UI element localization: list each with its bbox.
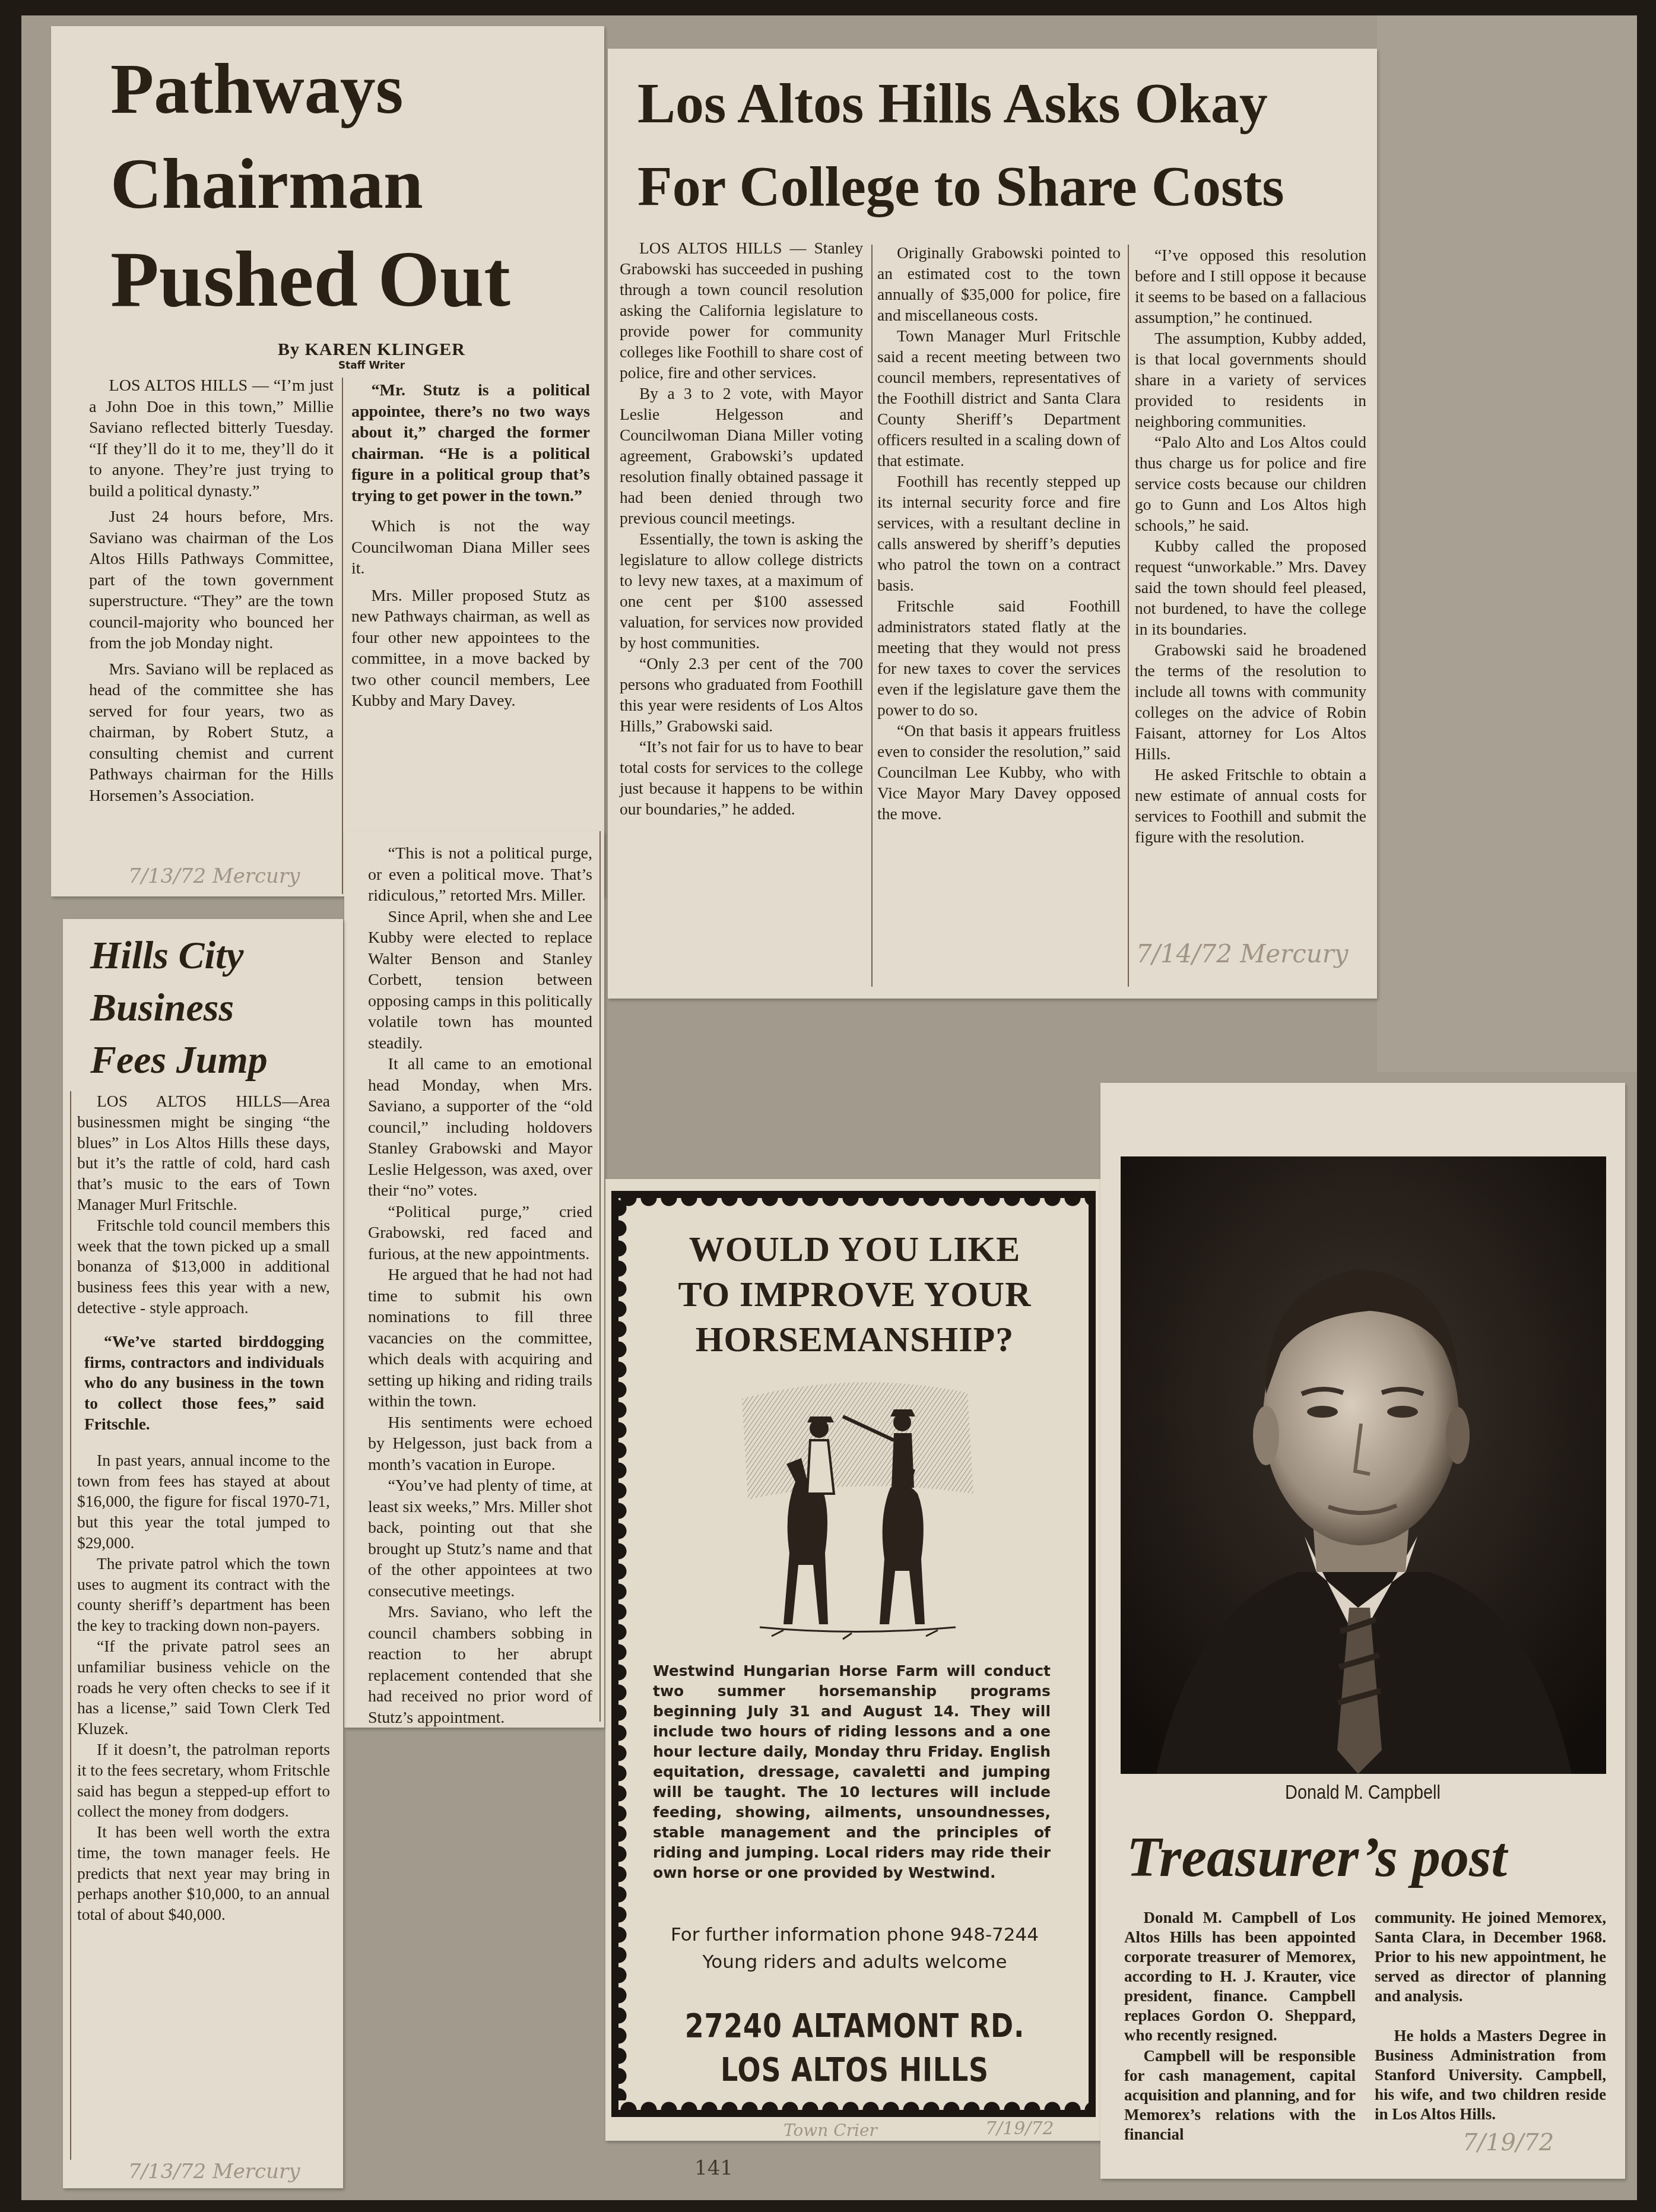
article-column-2: community. He joined Memorex, Santa Clar… — [1375, 1908, 1606, 2124]
paragraph: Foothill has recently stepped up its int… — [877, 471, 1121, 595]
clipping-treasurer-post: Donald M. Campbell Treasurer’s post Dona… — [1100, 1083, 1625, 2179]
article-column-1: Donald M. Campbell of Los Altos Hills ha… — [1124, 1908, 1356, 2144]
ad-phone-line: For further information phone 948-7244 — [629, 1921, 1080, 1948]
ad-address-line: LOS ALTOS HILLS — [670, 2048, 1039, 2092]
article-column: LOS ALTOS HILLS—Area businessmen might b… — [77, 1091, 330, 1925]
paragraph: Donald M. Campbell of Los Altos Hills ha… — [1124, 1908, 1356, 2045]
handwritten-date-note: 7/13/72 Mercury — [128, 864, 300, 888]
clipping-pathways-continued: “This is not a political purge, or even … — [344, 831, 604, 1728]
headline-line: Business — [90, 982, 268, 1034]
paragraph: LOS ALTOS HILLS — Stanley Grabowski has … — [620, 237, 863, 383]
paragraph: In past years, annual income to the town… — [77, 1450, 330, 1554]
ad-address-line: 27240 ALTAMONT RD. — [670, 2004, 1039, 2048]
article-column-3: “I’ve opposed this resolution before and… — [1135, 245, 1366, 847]
paragraph: “I’ve opposed this resolution before and… — [1135, 245, 1366, 328]
paragraph: By a 3 to 2 vote, with Mayor Leslie Helg… — [620, 383, 863, 528]
paragraph: “This is not a political purge, or even … — [368, 843, 592, 907]
clipping-college-costs: Los Altos Hills Asks Okay For College to… — [608, 49, 1377, 999]
paragraph: Fritschle told council members this week… — [77, 1215, 330, 1319]
column-rule — [871, 245, 873, 987]
paragraph: LOS ALTOS HILLS—Area businessmen might b… — [77, 1091, 330, 1215]
handwritten-date-note: 7/13/72 Mercury — [128, 2160, 300, 2184]
headline-line: Chairman — [110, 137, 510, 232]
clipping-business-fees: Hills City Business Fees Jump LOS ALTOS … — [63, 919, 343, 2188]
paragraph: The private patrol which the town uses t… — [77, 1554, 330, 1636]
handwritten-date-note: 7/19/72 — [985, 2118, 1054, 2139]
article-column-2-continued: “This is not a political purge, or even … — [368, 843, 592, 1728]
handwritten-date-note: 7/14/72 Mercury — [1136, 939, 1349, 968]
article-column-2: “Mr. Stutz is a political appointee, the… — [351, 380, 590, 712]
paragraph: Which is not the way Councilwoman Diana … — [351, 516, 590, 579]
handwritten-source-note: Town Crier — [783, 2121, 877, 2140]
ad-scallop-bottom — [618, 2093, 1089, 2110]
paragraph: Mrs. Miller proposed Stutz as new Pathwa… — [351, 585, 590, 712]
paragraph: “Palo Alto and Los Altos could thus char… — [1135, 432, 1366, 535]
headline-line: Fees Jump — [90, 1034, 268, 1086]
article-column-1: LOS ALTOS HILLS — “I’m just a John Doe i… — [89, 375, 334, 806]
ad-welcome-line: Young riders and adults welcome — [629, 1948, 1080, 1976]
paragraph: Grabowski said he broadened the terms of… — [1135, 639, 1366, 764]
paragraph: He argued that he had not had time to su… — [368, 1265, 592, 1412]
paragraph: “If the private patrol sees an unfamilia… — [77, 1636, 330, 1739]
photo-caption: Donald M. Campbell — [1140, 1781, 1585, 1804]
paragraph: LOS ALTOS HILLS — “I’m just a John Doe i… — [89, 375, 334, 502]
paragraph: His sentiments were echoed by Helgesson,… — [368, 1412, 592, 1476]
ad-title-line: HORSEMANSHIP? — [629, 1317, 1080, 1362]
paragraph: If it doesn’t, the patrolman reports it … — [77, 1739, 330, 1822]
paragraph: Mrs. Saviano, who left the council chamb… — [368, 1602, 592, 1728]
column-rule — [1128, 245, 1129, 987]
handwritten-date-note: 7/19/72 — [1463, 2129, 1554, 2156]
paragraph: The assumption, Kubby added, is that loc… — [1135, 328, 1366, 432]
ad-title-line: TO IMPROVE YOUR — [629, 1272, 1080, 1317]
ad-scallop-top — [618, 1198, 1089, 1215]
paragraph: He holds a Masters Degree in Business Ad… — [1375, 2026, 1606, 2124]
bold-quote: “Mr. Stutz is a political appointee, the… — [351, 380, 590, 506]
article-column-1: LOS ALTOS HILLS — Stanley Grabowski has … — [620, 237, 863, 819]
paragraph: “On that basis it appears fruitless even… — [877, 720, 1121, 824]
page-number: 141 — [694, 2156, 733, 2180]
scrapbook-page-margin — [1377, 15, 1637, 1072]
paragraph: “It’s not fair for us to have to bear to… — [620, 736, 863, 819]
paragraph: Fritschle said Foothill administrators s… — [877, 595, 1121, 720]
paragraph: Originally Grabowski pointed to an estim… — [877, 242, 1121, 325]
ad-title-line: WOULD YOU LIKE — [629, 1227, 1080, 1272]
advertisement-horsemanship: WOULD YOU LIKE TO IMPROVE YOUR HORSEMANS… — [605, 1179, 1104, 2141]
headline-line: Los Altos Hills Asks Okay — [637, 62, 1284, 145]
paragraph: It has been well worth the extra time, t… — [77, 1822, 330, 1925]
headline-line: Pushed Out — [110, 232, 510, 327]
paragraph: Campbell will be responsible for cash ma… — [1124, 2046, 1356, 2144]
byline: By KAREN KLINGER — [247, 340, 496, 360]
horse-riders-illustration — [724, 1375, 985, 1648]
paragraph: Just 24 hours before, Mrs. Saviano was c… — [89, 506, 334, 654]
bold-quote: “We’ve started birddogging firms, contra… — [84, 1332, 324, 1435]
column-rule — [342, 378, 343, 894]
byline-role: Staff Writer — [247, 360, 496, 372]
paragraph: Since April, when she and Lee Kubby were… — [368, 907, 592, 1054]
column-rule — [70, 1091, 71, 2160]
paragraph: Town Manager Murl Fritschle said a recen… — [877, 325, 1121, 471]
paragraph: Mrs. Saviano will be replaced as head of… — [89, 659, 334, 807]
portrait-photo-donald-campbell — [1121, 1156, 1606, 1774]
ad-body-text: Westwind Hungarian Horse Farm will condu… — [653, 1661, 1051, 1883]
paragraph: He asked Fritschle to obtain a new estim… — [1135, 764, 1366, 847]
article-column-2: Originally Grabowski pointed to an estim… — [877, 242, 1121, 824]
headline-line: Pathways — [110, 42, 510, 137]
paragraph: “Only 2.3 per cent of the 700 persons wh… — [620, 653, 863, 736]
headline-line: For College to Share Costs — [637, 145, 1284, 228]
paragraph: It all came to an emotional head Monday,… — [368, 1054, 592, 1202]
paragraph: “You’ve had plenty of time, at least six… — [368, 1475, 592, 1602]
paragraph: “Political purge,” cried Grabowski, red … — [368, 1202, 592, 1265]
paragraph: Essentially, the town is asking the legi… — [620, 528, 863, 653]
paragraph: community. He joined Memorex, Santa Clar… — [1375, 1908, 1606, 2006]
column-rule — [599, 831, 601, 1722]
clipping-pathways-chairman: Pathways Chairman Pushed Out By KAREN KL… — [51, 26, 604, 896]
headline-line: Hills City — [90, 930, 268, 982]
headline: Treasurer’s post — [1127, 1821, 1613, 1893]
paragraph: Kubby called the proposed request “unwor… — [1135, 535, 1366, 639]
